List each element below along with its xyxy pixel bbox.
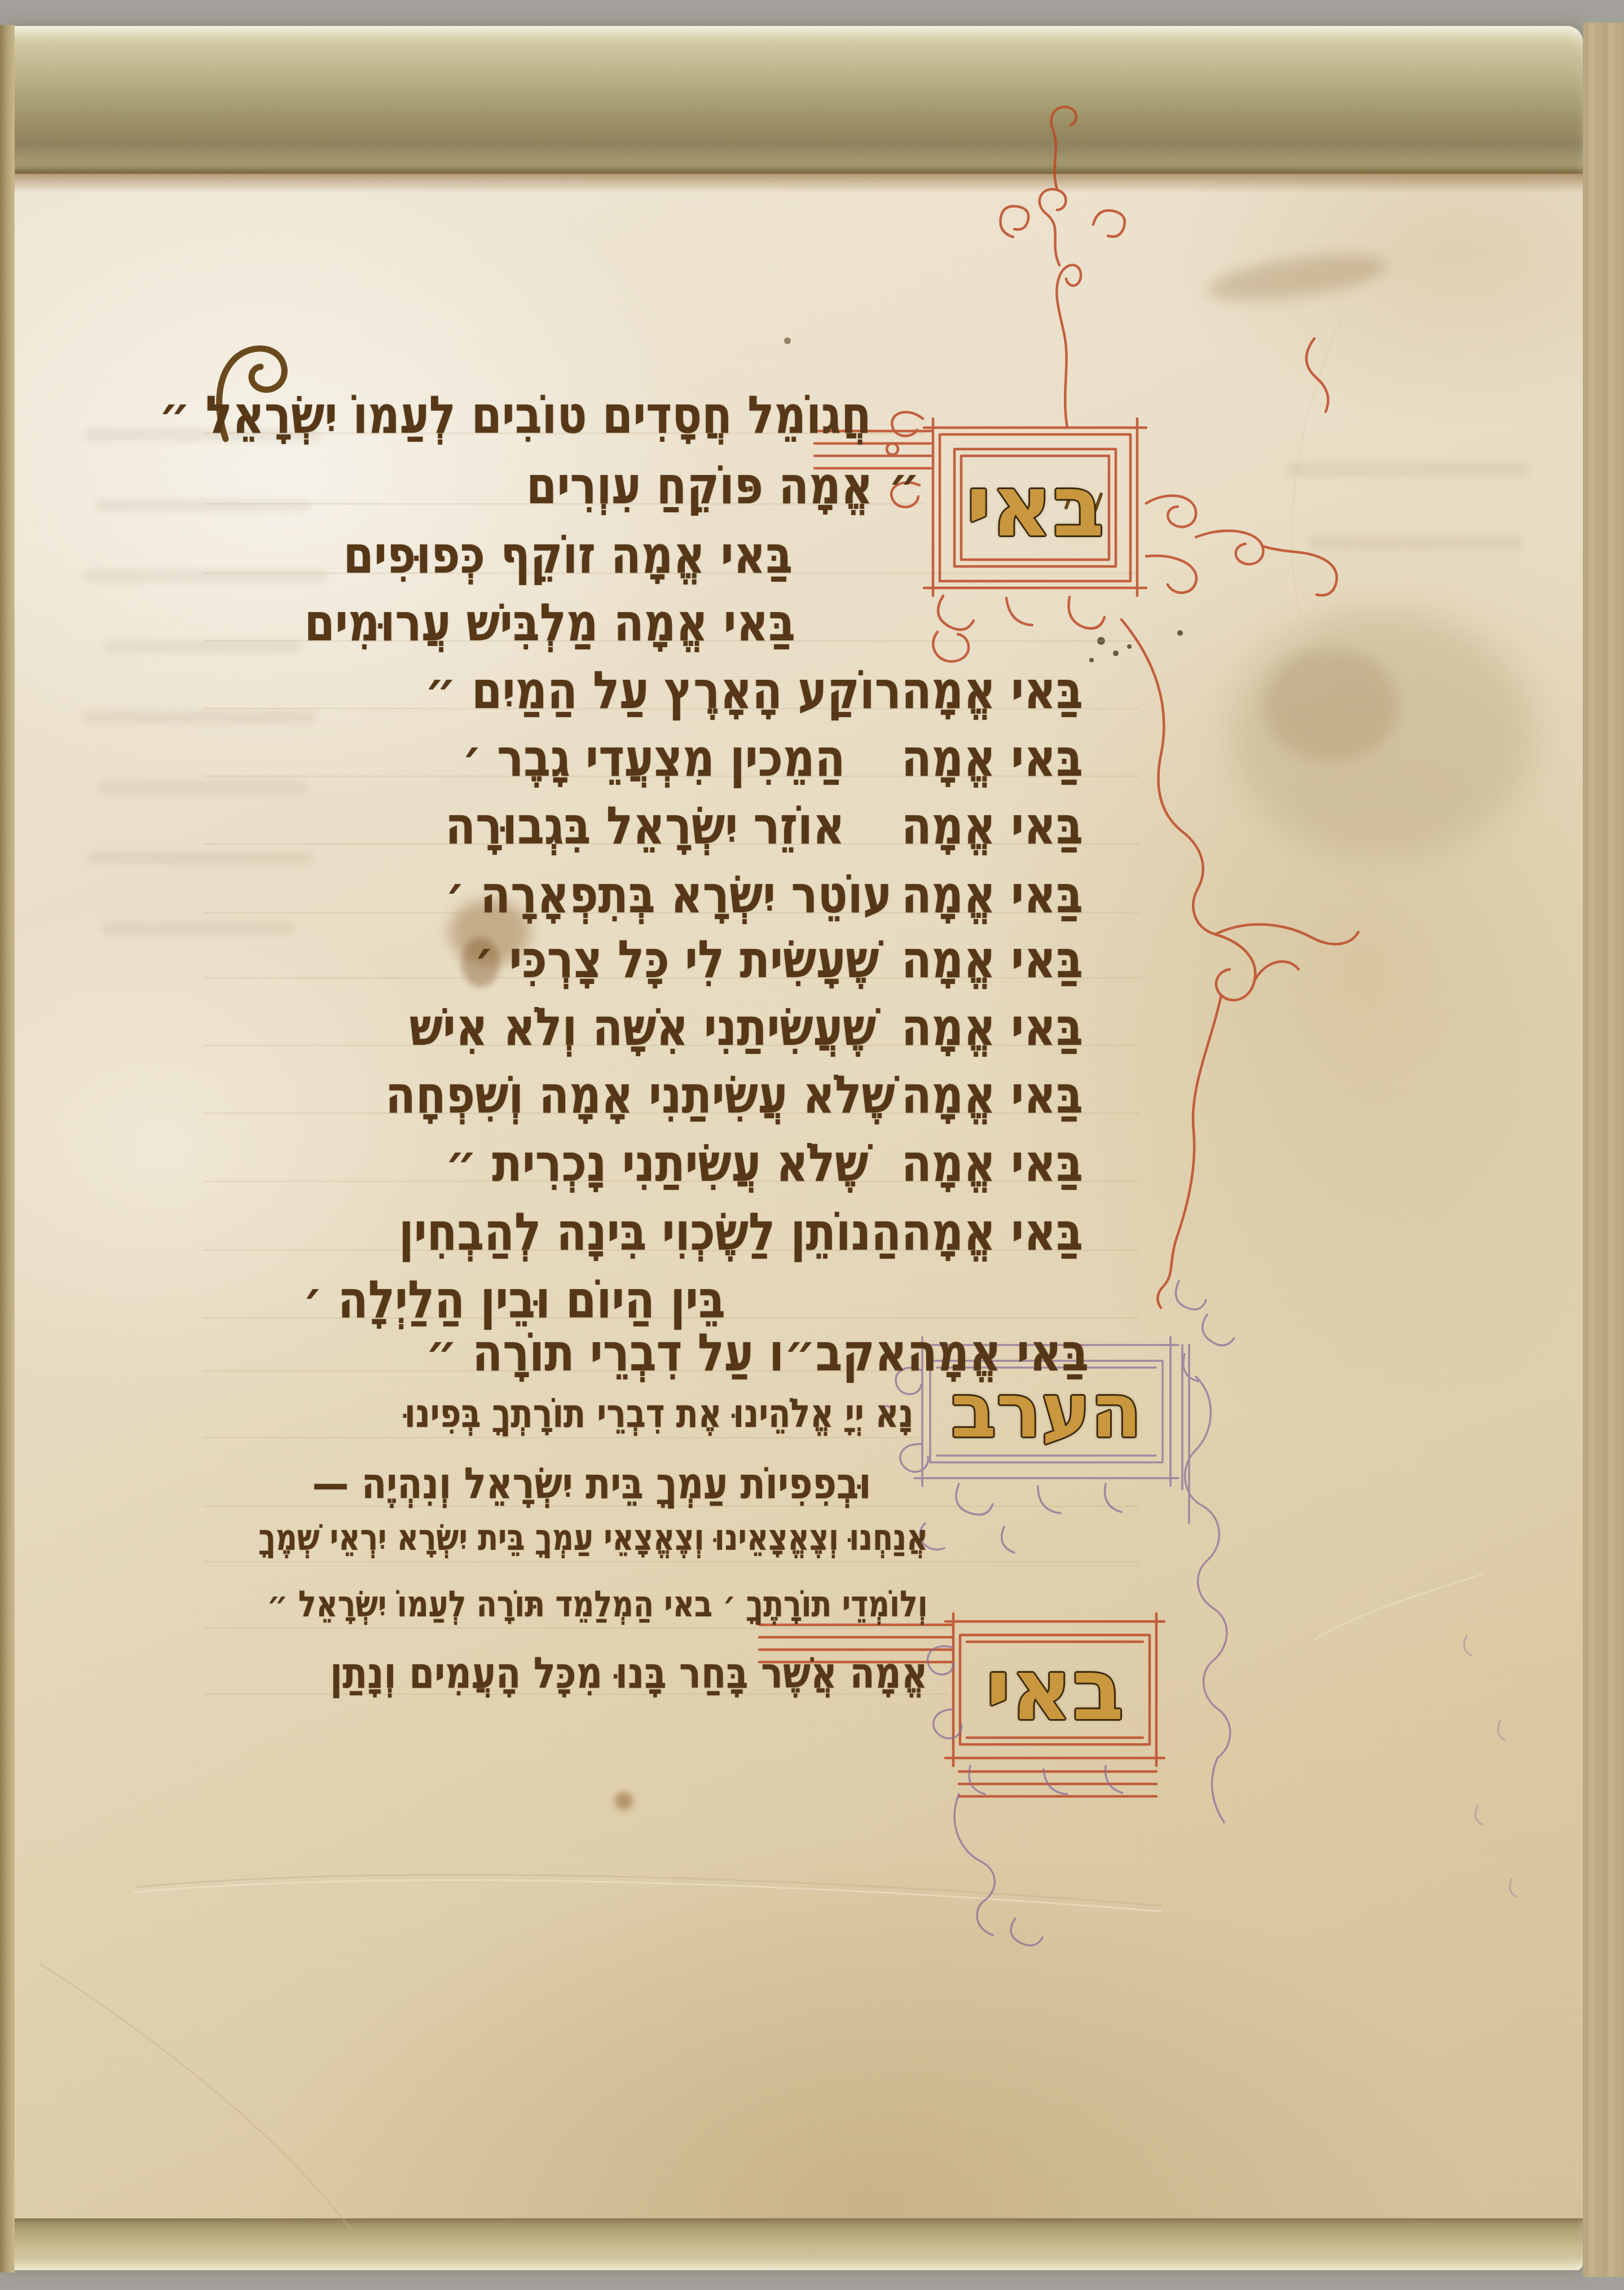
blessing-continuation: רוֹקַע הָאָרֶץ עַל הַמַיִם ״	[425, 665, 901, 717]
baruch-abbreviation: בַּאי אֱמָה	[901, 1069, 1083, 1121]
bottom-fold-edge	[5, 2218, 1583, 2270]
baruch-abbreviation: בַּאי אֱמָה	[901, 800, 1083, 852]
baruch-abbreviation: בַּאי אֱמָה	[901, 934, 1083, 986]
text-line-20: אֱמָה אֲשֶׁר בָּחַר בָּנוּ מִכָּל הָעֲמִ…	[330, 1652, 928, 1695]
blessing-row-13: בַּאי אֱמָה הַנוֹתֵן לַשֶׂכְוִי בִּינָה …	[410, 1206, 1083, 1258]
blessing-continuation: הַמֵכִין מִצְעֲדֵי גָבֶר ׳	[462, 732, 845, 784]
blessing-row-11: בַּאי אֱמָה שֶׁלֹא עֲשִׂיתַנִי אָמָה וְש…	[385, 1069, 1083, 1121]
baruch-abbreviation: בַּאי אֱמָה	[901, 732, 1083, 784]
text-line-18: אֲנַחְנוּ וְצֶאֱצָאֵינוּ וְצֶאֱצָאֵי עַמ…	[258, 1520, 928, 1556]
blessing-continuation: שֶׁלֹא עֲשִׂיתַנִי אָמָה וְשִׁפְחָה	[385, 1069, 895, 1121]
text-line-16: נָא יְיָ אֱלֹהֵינוּ אֶת דִבְרֵי תוֹרָתְך…	[405, 1394, 914, 1433]
blessing-continuation: עוֹטֵר יִשְׂרָא בְּתִפְאָרָה ׳	[446, 869, 892, 921]
bleedthrough-line	[1286, 463, 1529, 476]
blessing-continuation: אקב״ו עַל דִבְרֵי תוֹרָה ״	[426, 1327, 907, 1379]
blessing-row-9: בַּאי אֱמָה שֶׁעָשִׂית לִי כָּל צָרְכִּי…	[474, 934, 1084, 986]
blessing-row-12: בַּאי אֱמָה שֶׁלֹא עֲשִׂיתַנִי נָכְרִית …	[446, 1137, 1084, 1189]
bleedthrough-line	[85, 570, 327, 582]
bleedthrough-line	[85, 711, 316, 723]
blessing-continuation: הַנוֹתֵן לַשֶׂכְוִי בִּינָה לְהַבְחִין	[399, 1206, 901, 1258]
text-line-2: ״ אֱמָה פּוֹקֵחַ עִוְרִים	[526, 460, 919, 512]
bleedthrough-line	[99, 781, 307, 794]
blessing-row-6: בַּאי אֱמָה הַמֵכִין מִצְעֲדֵי גָבֶר ׳	[462, 732, 1083, 784]
text-line-17: וּבְפִפִיוֹת עַמְךָ בֵּית יִשְׂרָאֵל וְנ…	[313, 1462, 872, 1505]
bleedthrough-line	[96, 499, 310, 512]
blessing-row-5: בַּאי אֱמָה רוֹקַע הָאָרֶץ עַל הַמַיִם ״	[431, 665, 1083, 717]
blessing-continuation: שֶׁעָשִׂית לִי כָּל צָרְכִּי ׳	[474, 934, 879, 986]
baruch-abbreviation: בַּאי אֱמָה	[901, 1137, 1083, 1189]
bleedthrough-line	[87, 852, 313, 864]
bleedthrough-line	[102, 922, 293, 935]
text-line-19: וְלוֹמְדֵי תוֹרָתֶךָ ׳ באי הַמְלַמֵד תּו…	[267, 1586, 928, 1623]
initial-word-3: באי	[952, 1620, 1158, 1760]
blessing-row-8: בַּאי אֱמָה עוֹטֵר יִשְׂרָא בְּתִפְאָרָה…	[446, 869, 1084, 921]
text-line-1: חֲגוֹמֵל חֲסָדִים טוֹבִים לְעַמוֹ יִשְׂר…	[159, 389, 872, 441]
adjacent-leaf-edge	[1583, 23, 1624, 2277]
blessing-continuation: שֶׁעֲשִׂיתַנִי אִשָּׁה וְלֹא אִישׁ	[410, 1001, 876, 1053]
bleedthrough-line	[104, 640, 302, 653]
gutter-leaf-edge	[0, 25, 15, 2273]
top-fold-seam	[5, 174, 1583, 193]
baruch-abbreviation: בַּאי אֱמָה	[901, 1206, 1083, 1258]
photograph-backdrop: באי הערב באי חֲגוֹמֵל חֲסָדִים טוֹבִים ל…	[0, 0, 1624, 2290]
initial-word-1: באי	[932, 427, 1138, 587]
text-line-4: בַּאי אֱמָה מַלְבִּישׁ עֲרוּמִים	[305, 597, 795, 649]
text-line-14: בֵּין הַיוֹם וּבֵין הַלַיְלָה ׳	[303, 1274, 725, 1326]
blessing-continuation: שֶׁלֹא עֲשִׂיתַנִי נָכְרִית ״	[446, 1137, 869, 1189]
blessing-continuation: אוֹזֵר יִשְׂרָאֵל בִּגְבוּרָה	[446, 800, 845, 852]
baruch-abbreviation: בַּאי אֱמָה	[907, 1327, 1089, 1379]
baruch-abbreviation: בַּאי אֱמָה	[901, 869, 1083, 921]
top-fold-edge	[5, 26, 1583, 174]
blessing-row-10: בַּאי אֱמָה שֶׁעֲשִׂיתַנִי אִשָּׁה וְלֹא…	[410, 1001, 1083, 1053]
blessing-row-7: בַּאי אֱמָה אוֹזֵר יִשְׂרָאֵל בִּגְבוּרָ…	[446, 800, 1084, 852]
text-line-3: בַּאי אֱמָה זוֹקֵף כְּפוּפִים	[343, 529, 793, 581]
blessing-row-15: בַּאי אֱמָה אקב״ו עַל דִבְרֵי תוֹרָה ״	[475, 1327, 1089, 1379]
baruch-abbreviation: בַּאי אֱמָה	[901, 665, 1083, 717]
bleedthrough-line	[1309, 536, 1523, 550]
baruch-abbreviation: בַּאי אֱמָה	[901, 1001, 1083, 1053]
